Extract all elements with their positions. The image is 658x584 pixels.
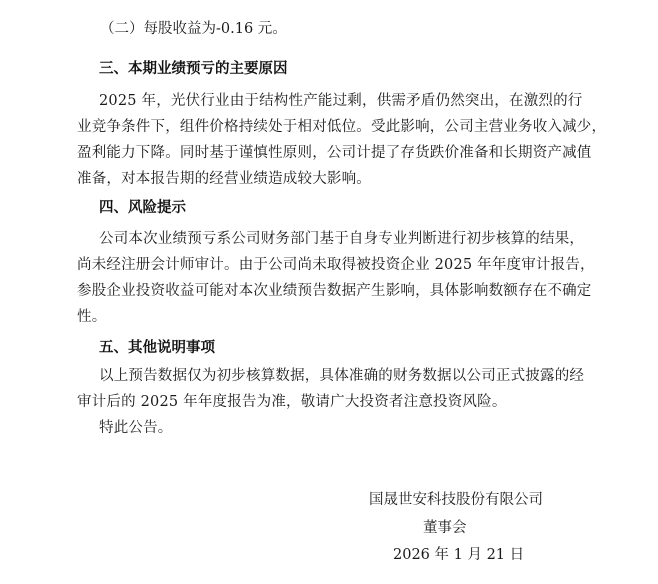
section-body-risk: 公司本次业绩预亏系公司财务部门基于自身专业判断进行初步核算的结果， 尚未经注册会… [77,226,579,330]
section-heading-reasons: 三、本期业绩预亏的主要原因 [99,60,288,78]
section-body-other: 以上预告数据仅为初步核算数据，具体准确的财务数据以公司正式披露的经 审计后的 2… [77,363,579,441]
closing-statement: 特此公告。 [77,415,579,441]
signature-company: 国晟世安科技股份有限公司 [369,491,543,509]
section-heading-other: 五、其他说明事项 [99,339,215,357]
section-body-reasons: 2025 年，光伏行业由于结构性产能过剩，供需矛盾仍然突出，在激烈的行 业竞争条… [77,88,579,192]
eps-item: （二）每股收益为-0.16 元。 [100,20,287,38]
signature-date: 2026 年 1 月 21 日 [393,546,524,564]
paragraph-line: 业竞争条件下，组件价格持续处于相对低位。受此影响，公司主营业务收入减少， [77,114,579,140]
paragraph-line: 审计后的 2025 年年度报告为准，敬请广大投资者注意投资风险。 [77,389,579,415]
paragraph-line: 参股企业投资收益可能对本次业绩预告数据产生影响，具体影响数额存在不确定 [77,278,579,304]
paragraph-line: 准备，对本报告期的经营业绩造成较大影响。 [77,166,579,192]
paragraph-line: 以上预告数据仅为初步核算数据，具体准确的财务数据以公司正式披露的经 [77,363,579,389]
paragraph-line: 盈利能力下降。同时基于谨慎性原则，公司计提了存货跌价准备和长期资产减值 [77,140,579,166]
section-heading-risk: 四、风险提示 [99,199,186,217]
paragraph-line: 公司本次业绩预亏系公司财务部门基于自身专业判断进行初步核算的结果， [77,226,579,252]
paragraph-line: 尚未经注册会计师审计。由于公司尚未取得被投资企业 2025 年年度审计报告， [77,252,579,278]
signature-board: 董事会 [423,519,467,537]
paragraph-line: 性。 [77,304,579,330]
paragraph-line: 2025 年，光伏行业由于结构性产能过剩，供需矛盾仍然突出，在激烈的行 [77,88,579,114]
